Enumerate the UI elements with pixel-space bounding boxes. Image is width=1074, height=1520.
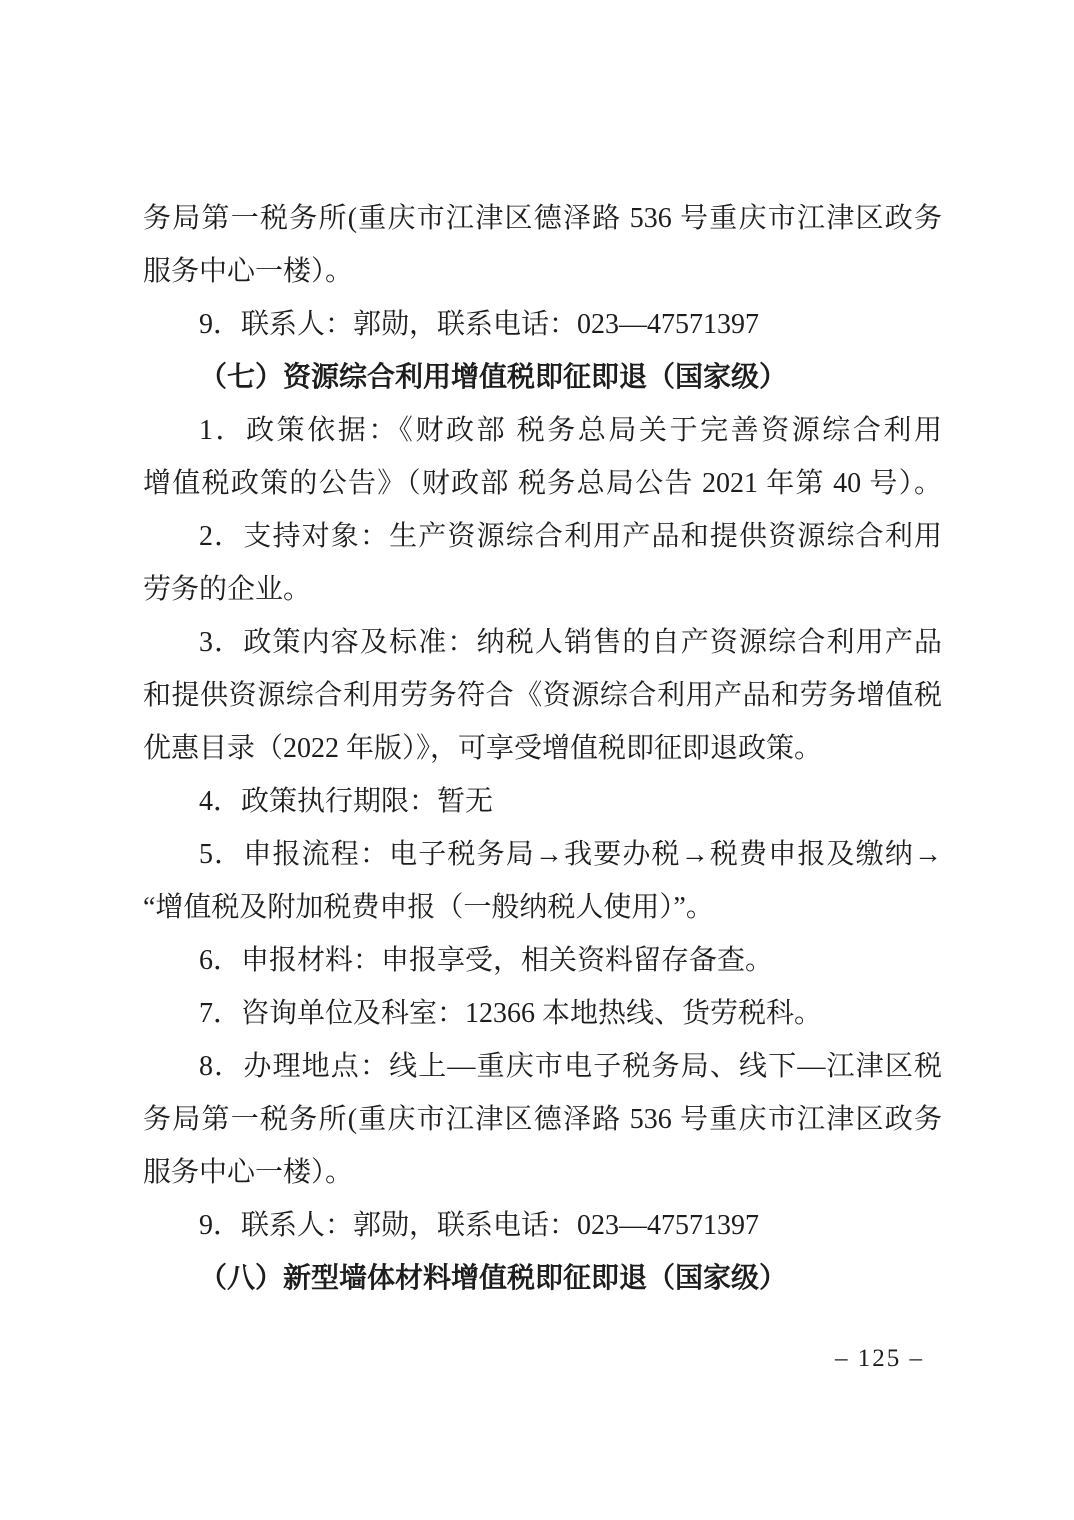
text-line: 9．联系人：郭勋，联系电话：023—47571397 [143,1199,942,1252]
text-line: 9．联系人：郭勋，联系电话：023—47571397 [143,298,942,351]
text-line: 1．政策依据：《财政部 税务总局关于完善资源综合利用 [143,404,942,457]
text-line: 3．政策内容及标准：纳税人销售的自产资源综合利用产品 [143,616,942,669]
text-line: 4．政策执行期限：暂无 [143,775,942,828]
text-line: 优惠目录（2022 年版）》，可享受增值税即征即退政策。 [143,722,942,775]
text-line: 服务中心一楼）。 [143,1146,942,1199]
text-line: 劳务的企业。 [143,563,942,616]
text-line: 增值税政策的公告》（财政部 税务总局公告 2021 年第 40 号）。 [143,457,942,510]
section-heading-8: （八）新型墙体材料增值税即征即退（国家级） [143,1252,942,1305]
text-line: “增值税及附加税费申报（一般纳税人使用）”。 [143,881,942,934]
text-line: 5．申报流程：电子税务局→我要办税→税费申报及缴纳→ [143,828,942,881]
body-text: 务局第一税务所(重庆市江津区德泽路 536 号重庆市江津区政务 服务中心一楼）。… [143,192,942,1305]
text-line: 务局第一税务所(重庆市江津区德泽路 536 号重庆市江津区政务 [143,192,942,245]
text-line: 务局第一税务所(重庆市江津区德泽路 536 号重庆市江津区政务 [143,1093,942,1146]
section-heading-7: （七）资源综合利用增值税即征即退（国家级） [143,351,942,404]
page-number: – 125 – [835,1344,924,1374]
text-line: 服务中心一楼）。 [143,245,942,298]
text-line: 8．办理地点：线上—重庆市电子税务局、线下—江津区税 [143,1040,942,1093]
text-line: 7．咨询单位及科室：12366 本地热线、货劳税科。 [143,987,942,1040]
text-line: 6．申报材料：申报享受，相关资料留存备查。 [143,934,942,987]
text-line: 2．支持对象：生产资源综合利用产品和提供资源综合利用 [143,510,942,563]
text-line: 和提供资源综合利用劳务符合《资源综合利用产品和劳务增值税 [143,669,942,722]
document-page: 务局第一税务所(重庆市江津区德泽路 536 号重庆市江津区政务 服务中心一楼）。… [0,0,1074,1520]
